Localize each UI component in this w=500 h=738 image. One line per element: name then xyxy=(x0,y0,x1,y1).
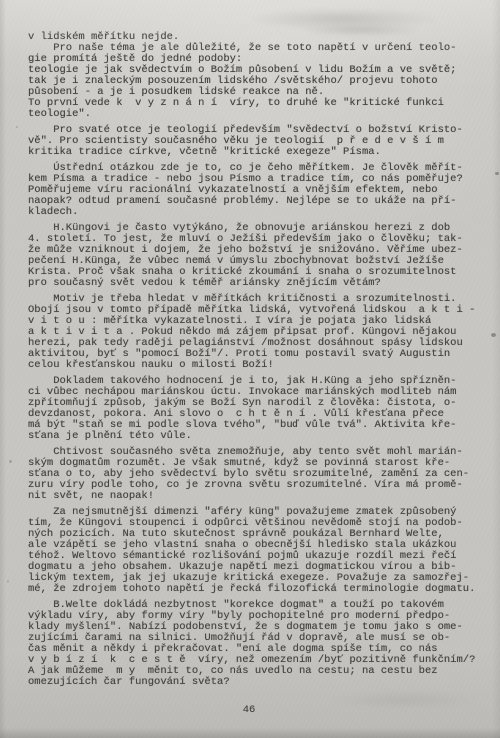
paragraph: v lidském měřítku nejde. Pro naše téma j… xyxy=(28,32,490,120)
scan-smudge xyxy=(330,690,480,710)
paragraph: H.Küngovi je často vytýkáno, že obnovuje… xyxy=(28,223,490,289)
ink-speck xyxy=(495,172,499,175)
paragraph: Pro svaté otce je teologií především "sv… xyxy=(28,125,490,158)
paragraph: Za nejsmutnější dimenzi "aféry küng" pov… xyxy=(28,507,490,595)
paragraph: Chtivost současného světa znemožňuje, ab… xyxy=(28,447,490,502)
scan-smudge xyxy=(248,8,438,30)
ink-speck xyxy=(7,580,9,583)
ink-speck xyxy=(16,126,18,128)
paragraph: Motiv je třeba hledat v měřítkách kritič… xyxy=(28,294,490,371)
paragraph: Dokladem takového hodnocení je i to, jak… xyxy=(28,376,490,442)
ink-speck xyxy=(491,333,496,337)
typewritten-text: v lidském měřítku nejde. Pro naše téma j… xyxy=(28,32,490,688)
paragraph: B.Welte dokládá nezbytnost "korekce dogm… xyxy=(28,600,490,688)
scanned-document-page: v lidském měřítku nejde. Pro naše téma j… xyxy=(0,0,500,738)
page-number: 46 xyxy=(234,704,264,716)
ink-speck xyxy=(9,460,12,463)
paragraph: Ústřední otázkou zde je to, co je čeho m… xyxy=(28,163,490,218)
